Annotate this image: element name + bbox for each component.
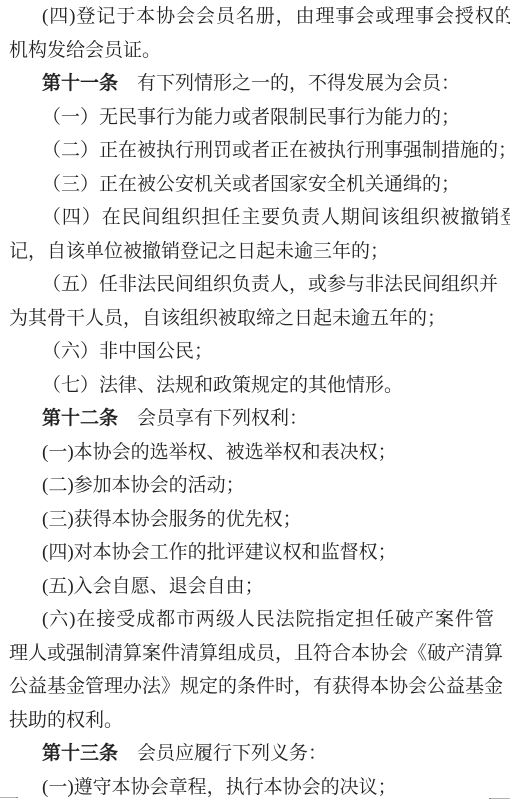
line-text: 会员应履行下列义务：: [118, 743, 327, 764]
document-line: (一)本协会的选举权、被选举权和表决权；: [9, 436, 510, 470]
document-line: 记，自该单位被撤销登记之日起未逾三年的；: [9, 235, 510, 269]
document-line: （一）无民事行为能力或者限制民事行为能力的；: [9, 101, 510, 135]
text-boundary-mark-bottom-right: [489, 798, 510, 799]
document-line: 公益基金管理办法》规定的条件时，有获得本协会公益基金: [9, 670, 510, 704]
document-page: (四)登记于本协会会员名册，由理事会或理事会授权的机构发给会员证。第十一条 有下…: [0, 0, 510, 804]
article-heading-line: 第十三条 会员应履行下列义务：: [9, 737, 510, 771]
document-line: (三)获得本协会服务的优先权；: [9, 503, 510, 537]
article-number: 第十二条: [42, 408, 118, 429]
document-line: (一)遵守本协会章程，执行本协会的决议；: [9, 771, 510, 805]
article-number: 第十一条: [42, 73, 118, 94]
document-line: (四)登记于本协会会员名册，由理事会或理事会授权的: [9, 0, 510, 34]
article-heading-line: 第十一条 有下列情形之一的，不得发展为会员：: [9, 67, 510, 101]
line-text: 有下列情形之一的，不得发展为会员：: [118, 73, 460, 94]
document-line: 理人或强制清算案件清算组成员，且符合本协会《破产清算: [9, 637, 510, 671]
document-line: (五)入会自愿、退会自由；: [9, 570, 510, 604]
article-heading-line: 第十二条 会员享有下列权利：: [9, 402, 510, 436]
text-boundary-mark-bottom-left: [0, 797, 18, 798]
document-line: （四）在民间组织担任主要负责人期间该组织被撤销登: [9, 201, 510, 235]
document-line: (二)参加本协会的活动；: [9, 469, 510, 503]
document-line: （六）非中国公民；: [9, 335, 510, 369]
document-line: （七）法律、法规和政策规定的其他情形。: [9, 369, 510, 403]
document-line: （三）正在被公安机关或者国家安全机关通缉的；: [9, 168, 510, 202]
document-line: （五）任非法民间组织负责人，或参与非法民间组织并: [9, 268, 510, 302]
document-line: 扶助的权利。: [9, 704, 510, 738]
document-body: (四)登记于本协会会员名册，由理事会或理事会授权的机构发给会员证。第十一条 有下…: [9, 0, 510, 804]
line-text: 会员享有下列权利：: [118, 408, 308, 429]
article-number: 第十三条: [42, 743, 118, 764]
document-line: （二）正在被执行刑罚或者正在被执行刑事强制措施的；: [9, 134, 510, 168]
document-line: 机构发给会员证。: [9, 34, 510, 68]
document-line: (四)对本协会工作的批评建议权和监督权；: [9, 536, 510, 570]
document-line: (六)在接受成都市两级人民法院指定担任破产案件管: [9, 603, 510, 637]
document-line: 为其骨干人员，自该组织被取缔之日起未逾五年的；: [9, 302, 510, 336]
